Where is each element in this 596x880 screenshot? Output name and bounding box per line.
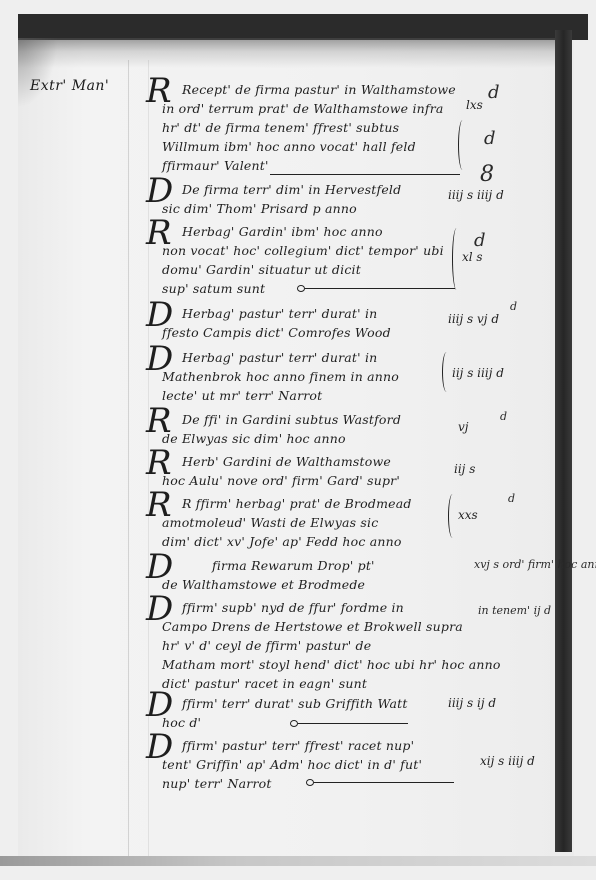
entry-line: De firma terr' dim' in Hervestfeld: [152, 180, 472, 199]
entry-line: dict' pastur' racet in eagn' sunt: [152, 674, 472, 693]
ruling-stroke: [314, 782, 454, 783]
decorated-initial: D: [146, 730, 173, 764]
entry-line: Herb' Gardini de Walthamstowe: [152, 452, 472, 471]
entry: R R ffirm' herbag' prat' de Brodmead amo…: [152, 494, 472, 551]
entry-sum: xvj s ord' firm' hoc anno: [474, 558, 596, 571]
entry: D firma Rewarum Drop' pt' de Walthamstow…: [152, 556, 472, 594]
entry: R Recept' de firma pastur' in Walthamsto…: [152, 80, 472, 175]
entry-line: non vocat' hoc' collegium' dict' tempor'…: [152, 241, 472, 260]
margin-mark: d: [484, 128, 496, 149]
entry-line: ffesto Campis dict' Comrofes Wood: [152, 323, 472, 342]
decorated-initial: D: [146, 688, 173, 722]
line-filler-circle: [290, 720, 298, 727]
entry-sum: iiij s ij d: [448, 696, 496, 710]
decorated-initial: D: [146, 550, 173, 584]
brace: [442, 352, 451, 392]
entry-line: sic dim' Thom' Prisard p anno: [152, 199, 472, 218]
entry-line: hoc Aulu' nove ord' firm' Gard' supr': [152, 471, 472, 490]
entry-sum: iij s iiij d: [452, 366, 504, 380]
ruling-stroke: [270, 174, 460, 175]
entry-line: de Walthamstowe et Brodmede: [152, 575, 472, 594]
entry-line: dim' dict' xv' Jofe' ap' Fedd hoc anno: [152, 532, 472, 551]
entry: D Herbag' pastur' terr' durat' in ffesto…: [152, 304, 472, 342]
decorated-initial: R: [146, 74, 172, 108]
entry-line: ffirm' terr' durat' sub Griffith Watt: [152, 694, 472, 713]
brace: [458, 120, 467, 170]
entry-sum: lxs: [466, 98, 483, 112]
margin-mark: d: [500, 410, 507, 423]
decorated-initial: R: [146, 404, 172, 438]
entry: R Herb' Gardini de Walthamstowe hoc Aulu…: [152, 452, 472, 490]
ruling-stroke: [305, 288, 455, 289]
decorated-initial: D: [146, 592, 173, 626]
decorated-initial: R: [146, 446, 172, 480]
entry-sum: iij s: [454, 462, 475, 476]
entry-line: Matham mort' stoyl hend' dict' hoc ubi h…: [152, 655, 472, 674]
entry-line: Mathenbrok hoc anno finem in anno: [152, 367, 472, 386]
entry: D De firma terr' dim' in Hervestfeld sic…: [152, 180, 472, 218]
decorated-initial: R: [146, 216, 172, 250]
entry-sum: xij s iiij d: [480, 754, 535, 768]
entry: R Herbag' Gardin' ibm' hoc anno non voca…: [152, 222, 472, 298]
entry-line: Campo Drens de Hertstowe et Brokwell sup…: [152, 617, 472, 636]
entry-line: ffirm' supb' nyd de ffur' fordme in: [152, 598, 472, 617]
entry-line: firma Rewarum Drop' pt': [152, 556, 472, 575]
entry-line: hr' v' d' ceyl de ffirm' pastur' de: [152, 636, 472, 655]
entry-line: ffirm' pastur' terr' ffrest' racet nup': [152, 736, 472, 755]
entry-line: Herbag' Gardin' ibm' hoc anno: [152, 222, 472, 241]
entry-line: ffirmaur' Valent': [152, 156, 472, 175]
brace: [448, 494, 457, 538]
ruling-stroke: [298, 723, 408, 724]
entry-line: in ord' terrum prat' de Walthamstowe inf…: [152, 99, 472, 118]
entry: D Herbag' pastur' terr' durat' in Mathen…: [152, 348, 472, 405]
margin-mark: 8: [480, 162, 494, 187]
margin-mark: d: [508, 492, 515, 505]
scan-border-bottom: [0, 856, 596, 866]
decorated-initial: D: [146, 342, 173, 376]
entry-line: domu' Gardin' situatur ut dicit: [152, 260, 472, 279]
scan-page: Extr' Man' R Recept' de firma pastur' in…: [0, 0, 596, 880]
decorated-initial: D: [146, 298, 173, 332]
entry-line: de Elwyas sic dim' hoc anno: [152, 429, 472, 448]
margin-mark: d: [474, 230, 486, 251]
scan-border-top: [18, 14, 588, 40]
brace: [452, 228, 461, 290]
entry-sum: iiij s vj d: [448, 312, 499, 326]
margin-mark: d: [510, 300, 517, 313]
entry: D ffirm' terr' durat' sub Griffith Watt …: [152, 694, 472, 732]
scan-border-right: [555, 30, 572, 852]
entry-line: Herbag' pastur' terr' durat' in: [152, 348, 472, 367]
decorated-initial: R: [146, 488, 172, 522]
entry-line: R ffirm' herbag' prat' de Brodmead: [152, 494, 472, 513]
entry-sum: vj: [458, 420, 469, 434]
entry-line: amotmoleud' Wasti de Elwyas sic: [152, 513, 472, 532]
ruling-line: [128, 60, 129, 860]
decorated-initial: D: [146, 174, 173, 208]
margin-heading: Extr' Man': [30, 78, 109, 94]
entry-sum: xl s: [462, 250, 483, 264]
entry-line: Herbag' pastur' terr' durat' in: [152, 304, 472, 323]
entry-line: De ffi' in Gardini subtus Wastford: [152, 410, 472, 429]
entry-line: Willmum ibm' hoc anno vocat' hall feld: [152, 137, 472, 156]
entry: R De ffi' in Gardini subtus Wastford de …: [152, 410, 472, 448]
entry-sum: xxs: [458, 508, 478, 522]
line-filler-circle: [297, 285, 305, 292]
entry-sum: iiij s iiij d: [448, 188, 504, 202]
entry-line: tent' Griffin' ap' Adm' hoc dict' in d' …: [152, 755, 472, 774]
entry-line: lecte' ut mr' terr' Narrot: [152, 386, 472, 405]
entry-sum: in tenem' ij d: [478, 604, 551, 617]
line-filler-circle: [306, 779, 314, 786]
entry-line: Recept' de firma pastur' in Walthamstowe: [152, 80, 472, 99]
margin-mark: d: [488, 82, 500, 103]
entry: D ffirm' supb' nyd de ffur' fordme in Ca…: [152, 598, 472, 693]
scan-shadow-top: [18, 38, 563, 68]
entry-line: hr' dt' de firma tenem' ffrest' subtus: [152, 118, 472, 137]
scan-shadow-corner: [18, 38, 58, 108]
